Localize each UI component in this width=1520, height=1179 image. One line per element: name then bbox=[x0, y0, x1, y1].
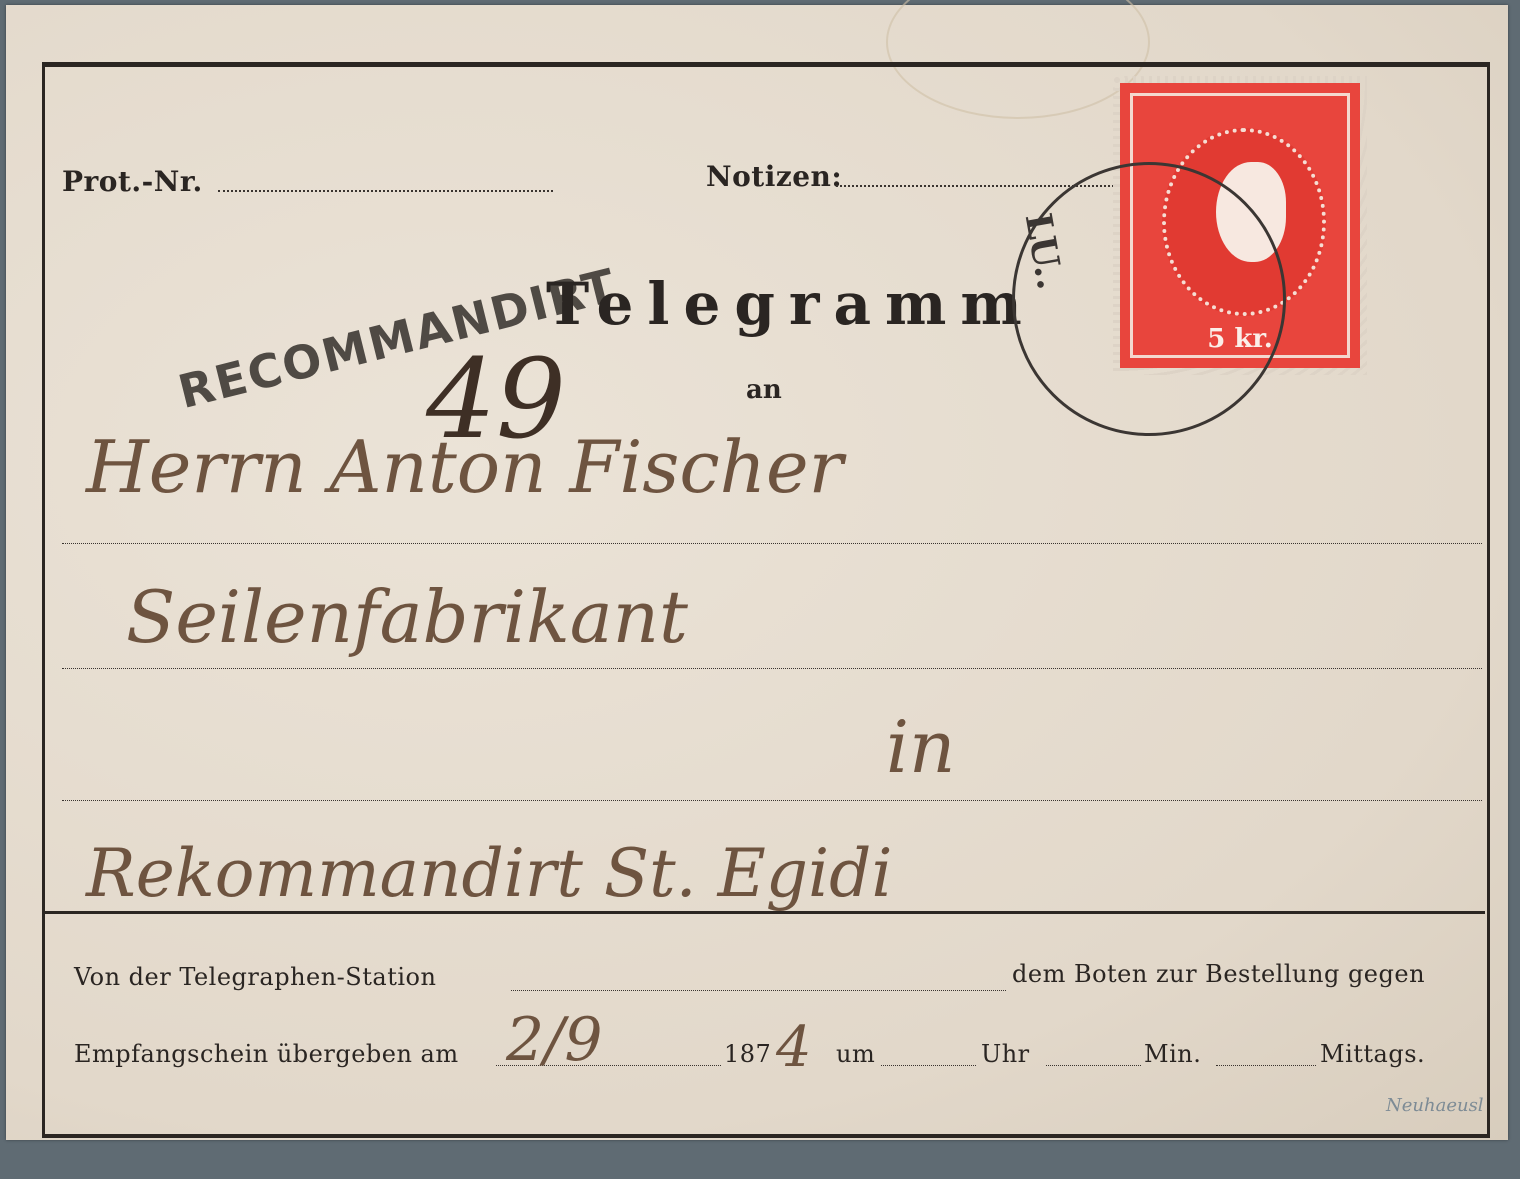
pencil-signature: Neuhaeusl bbox=[1386, 1095, 1484, 1116]
address-line-3 bbox=[62, 800, 1482, 801]
address-line-1 bbox=[62, 543, 1482, 544]
address-line-2 bbox=[62, 668, 1482, 669]
station-label: Von der Telegraphen-Station bbox=[74, 963, 436, 991]
mittags-dotted-line bbox=[1216, 1065, 1316, 1066]
address-handwriting-1: Herrn Anton Fischer bbox=[86, 425, 843, 509]
prot-nr-dotted-line bbox=[218, 190, 553, 192]
address-handwriting-3: in bbox=[886, 705, 955, 789]
receipt-label: Empfangschein übergeben am bbox=[74, 1040, 459, 1068]
document-title: Telegramm bbox=[546, 270, 1036, 338]
minute-dotted-line bbox=[1046, 1065, 1141, 1066]
addressed-to-word: an bbox=[746, 375, 782, 405]
year-printed: 187 bbox=[724, 1040, 771, 1068]
footer-divider bbox=[45, 911, 1485, 914]
address-handwriting-4: Rekommandirt St. Egidi bbox=[86, 835, 893, 912]
delivery-label: dem Boten zur Bestellung gegen bbox=[1012, 960, 1425, 988]
um-label: um bbox=[836, 1040, 875, 1068]
prot-nr-label: Prot.-Nr. bbox=[62, 165, 203, 198]
address-handwriting-2: Seilenfabrikant bbox=[126, 575, 688, 659]
notizen-label: Notizen: bbox=[706, 160, 842, 193]
year-handwritten: 4 bbox=[776, 1015, 812, 1080]
min-label: Min. bbox=[1144, 1040, 1201, 1068]
hour-dotted-line bbox=[881, 1065, 976, 1066]
mittags-label: Mittags. bbox=[1320, 1040, 1425, 1068]
uhr-label: Uhr bbox=[981, 1040, 1030, 1068]
handwritten-date: 2/9 bbox=[506, 1005, 603, 1075]
station-dotted-line bbox=[511, 990, 1006, 991]
circular-postmark bbox=[1012, 162, 1286, 436]
